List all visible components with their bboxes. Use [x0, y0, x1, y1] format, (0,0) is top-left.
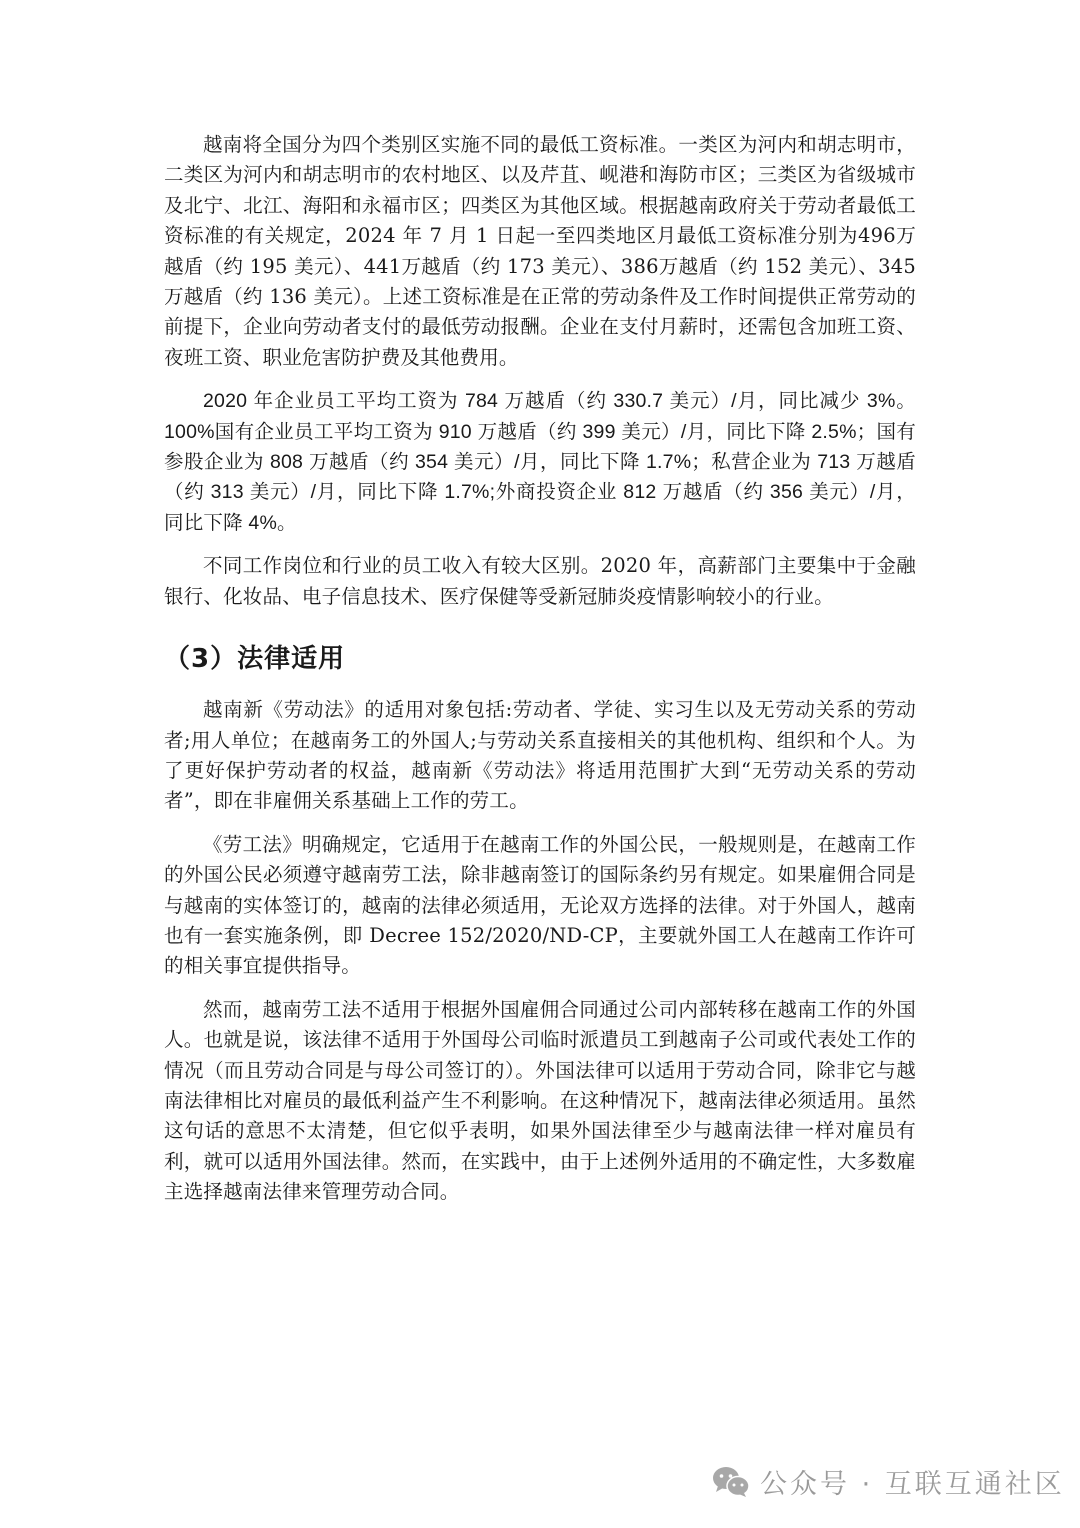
document-body: 越南将全国分为四个类别区实施不同的最低工资标准。一类区为河内和胡志明市，二类区为… [164, 130, 916, 1221]
paragraph-labor-law-scope: 越南新《劳动法》的适用对象包括:劳动者、学徒、实习生以及无劳动关系的劳动者;用人… [164, 695, 916, 817]
wechat-watermark: 公众号 · 互联互通社区 [712, 1462, 1065, 1501]
watermark-text: 公众号 · 互联互通社区 [760, 1462, 1065, 1501]
paragraph-minimum-wage: 越南将全国分为四个类别区实施不同的最低工资标准。一类区为河内和胡志明市，二类区为… [164, 130, 916, 373]
paragraph-industry-income: 不同工作岗位和行业的员工收入有较大区别。2020 年，高薪部门主要集中于金融银行… [164, 551, 916, 612]
paragraph-foreign-citizens: 《劳工法》明确规定，它适用于在越南工作的外国公民，一般规则是，在越南工作的外国公… [164, 830, 916, 982]
section-heading-law-application: （3）法律适用 [164, 638, 916, 675]
wechat-icon [712, 1466, 750, 1498]
paragraph-intra-company-transfer: 然而，越南劳工法不适用于根据外国雇佣合同通过公司内部转移在越南工作的外国人。也就… [164, 995, 916, 1208]
document-page: 越南将全国分为四个类别区实施不同的最低工资标准。一类区为河内和胡志明市，二类区为… [0, 0, 1080, 1528]
paragraph-average-wage: 2020 年企业员工平均工资为 784 万越盾（约 330.7 美元）/月，同比… [164, 386, 916, 538]
